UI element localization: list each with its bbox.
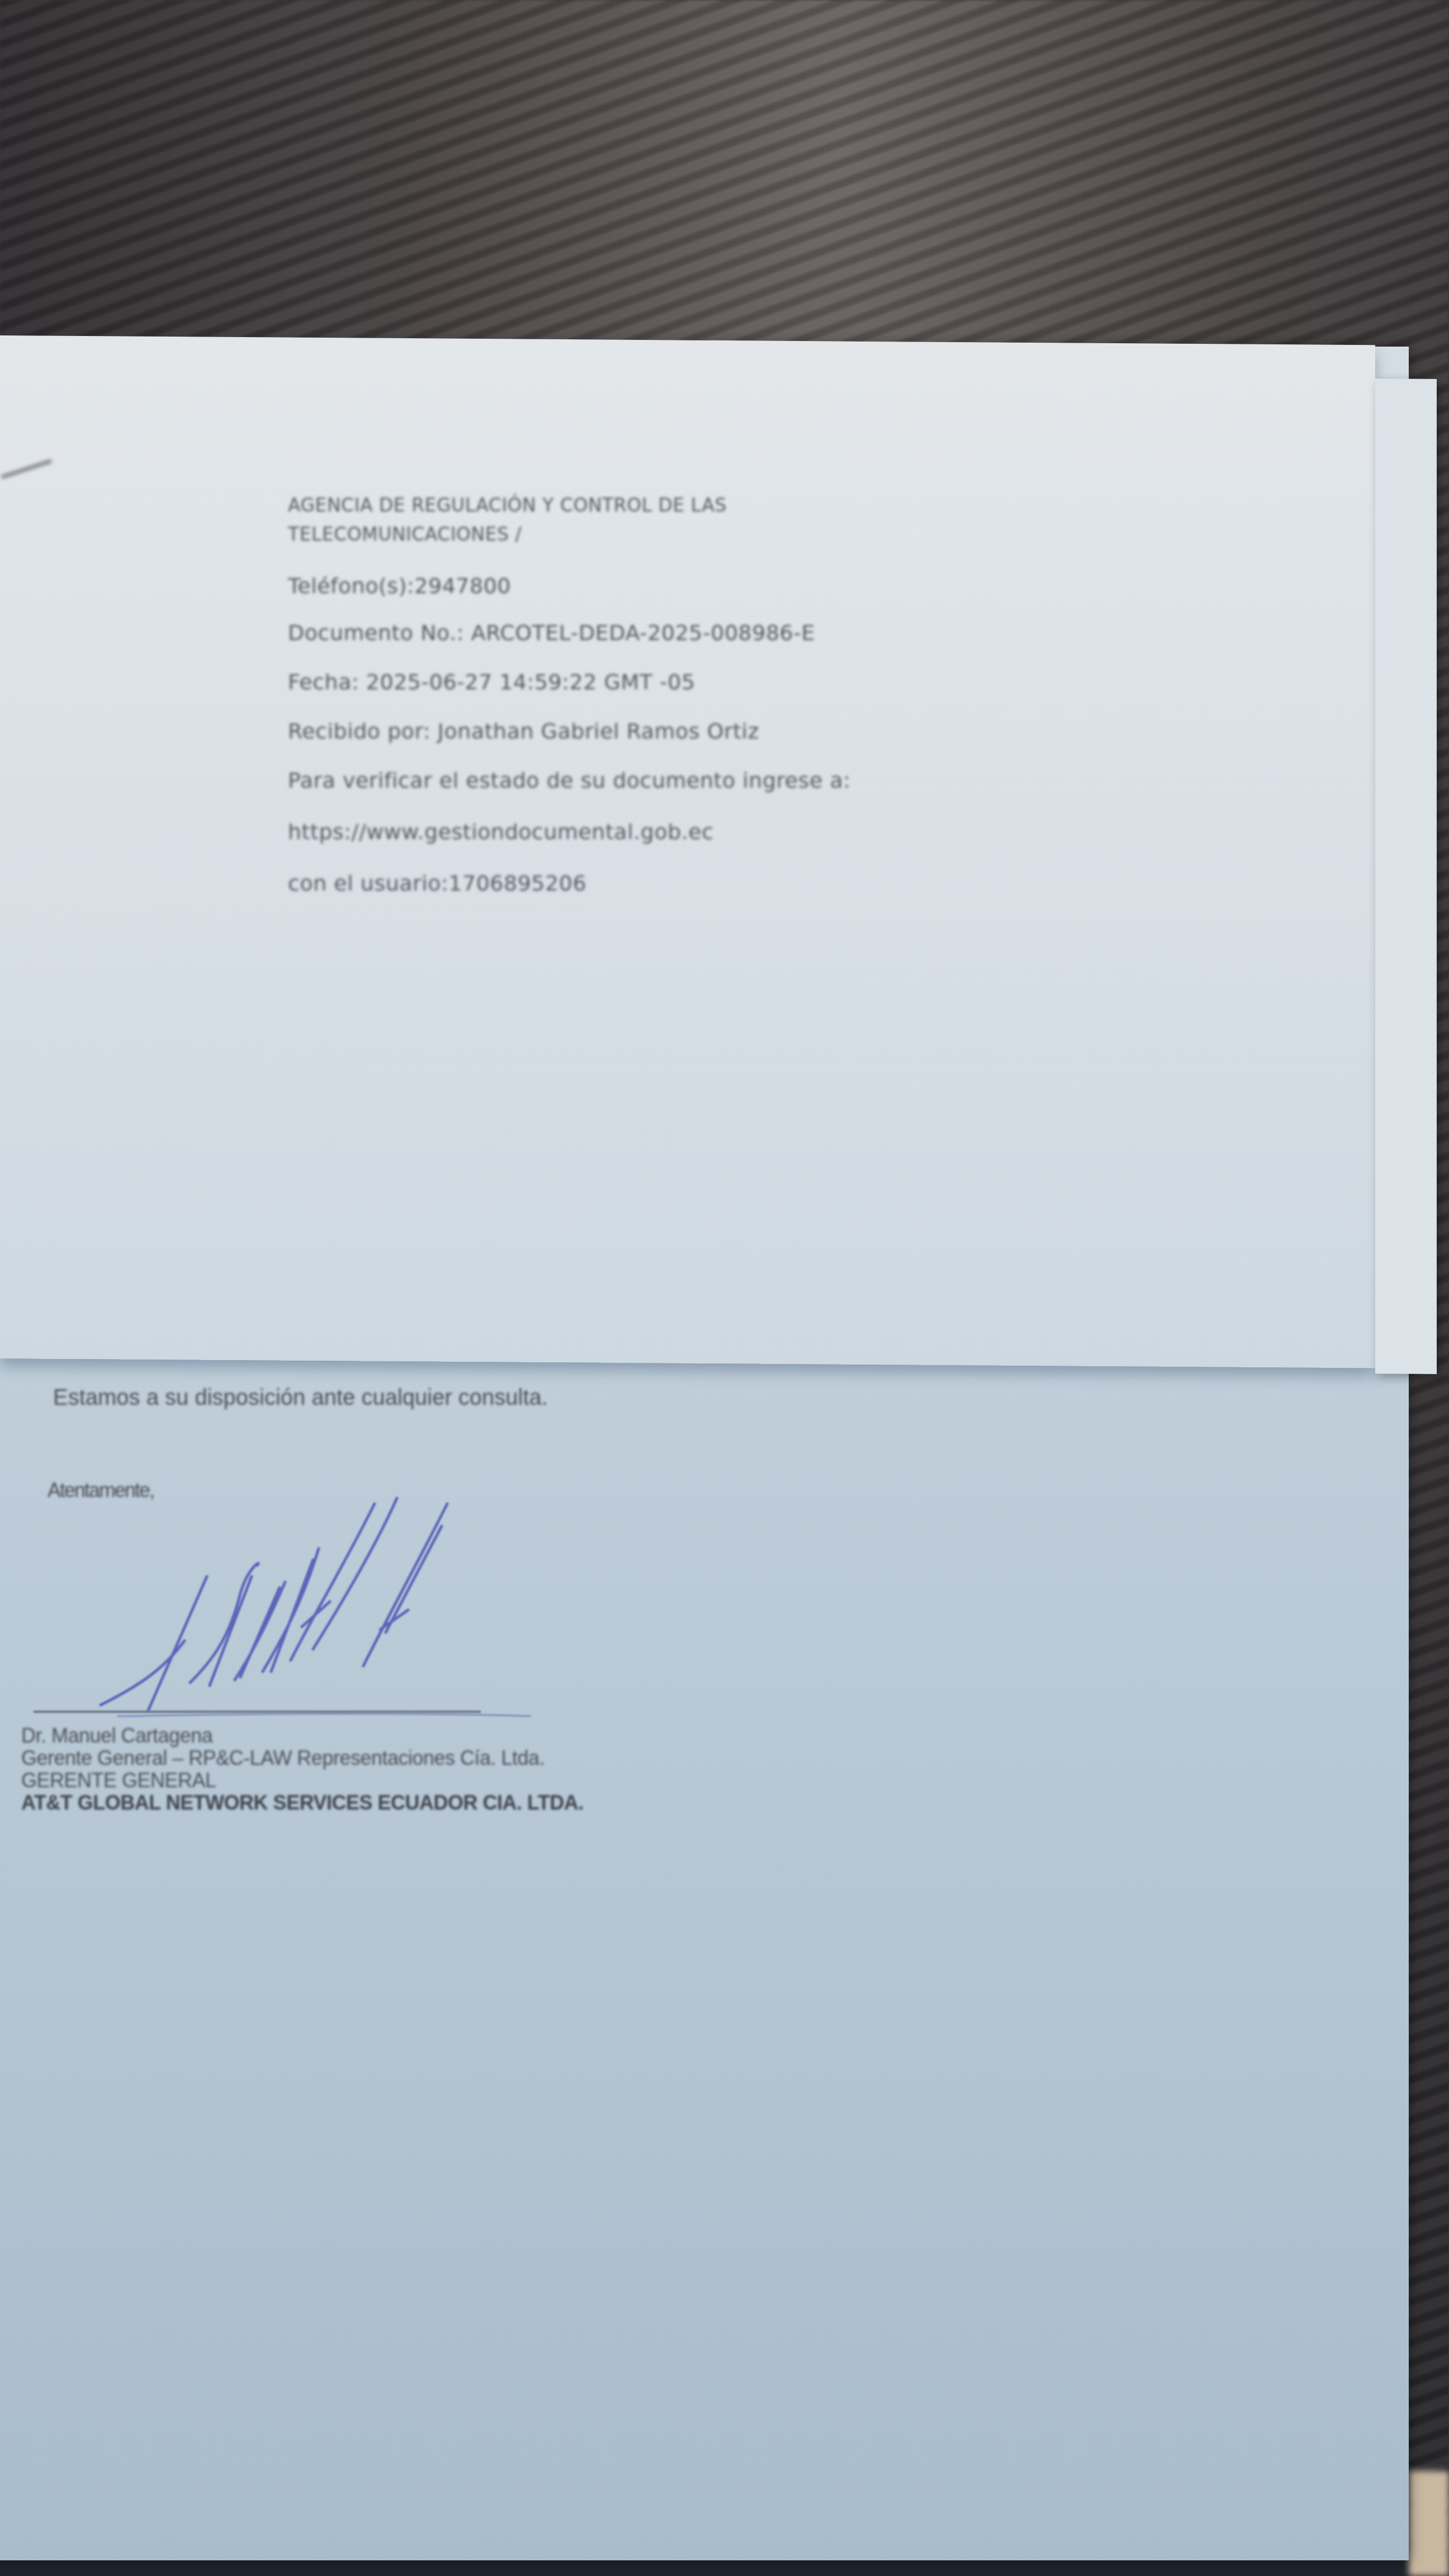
verify-instructions: Para verificar el estado de su documento… bbox=[288, 768, 851, 793]
page-edge bbox=[1375, 378, 1437, 1374]
signer-title-1: Gerente General – RP&C-LAW Representacio… bbox=[21, 1747, 584, 1769]
document-number: Documento No.: ARCOTEL-DEDA-2025-008986-… bbox=[288, 621, 851, 645]
signer-name: Dr. Manuel Cartagena bbox=[21, 1725, 584, 1747]
received-date: Fecha: 2025-06-27 14:59:22 GMT -05 bbox=[288, 670, 851, 694]
closing-sentence: Estamos a su disposición ante cualquier … bbox=[53, 1385, 548, 1410]
signer-title-2: GERENTE GENERAL bbox=[21, 1769, 584, 1792]
agency-name-line-2: TELECOMUNICACIONES / bbox=[288, 520, 851, 549]
background-object bbox=[1409, 2471, 1449, 2576]
received-by: Recibido por: Jonathan Gabriel Ramos Ort… bbox=[288, 719, 851, 744]
signature-line bbox=[34, 1711, 481, 1713]
user-id: con el usuario:1706895206 bbox=[288, 871, 851, 896]
signer-company: AT&T GLOBAL NETWORK SERVICES ECUADOR CIA… bbox=[21, 1792, 584, 1814]
verify-url: https://www.gestiondocumental.gob.ec bbox=[288, 820, 851, 844]
desk-edge bbox=[0, 2560, 1449, 2576]
phone-number: Teléfono(s):2947800 bbox=[288, 574, 851, 598]
reception-stamp: AGENCIA DE REGULACIÓN Y CONTROL DE LAS T… bbox=[288, 491, 851, 896]
signer-block: Dr. Manuel Cartagena Gerente General – R… bbox=[21, 1725, 584, 1814]
handwritten-signature bbox=[50, 1493, 609, 1727]
agency-name-line-1: AGENCIA DE REGULACIÓN Y CONTROL DE LAS bbox=[288, 491, 851, 520]
